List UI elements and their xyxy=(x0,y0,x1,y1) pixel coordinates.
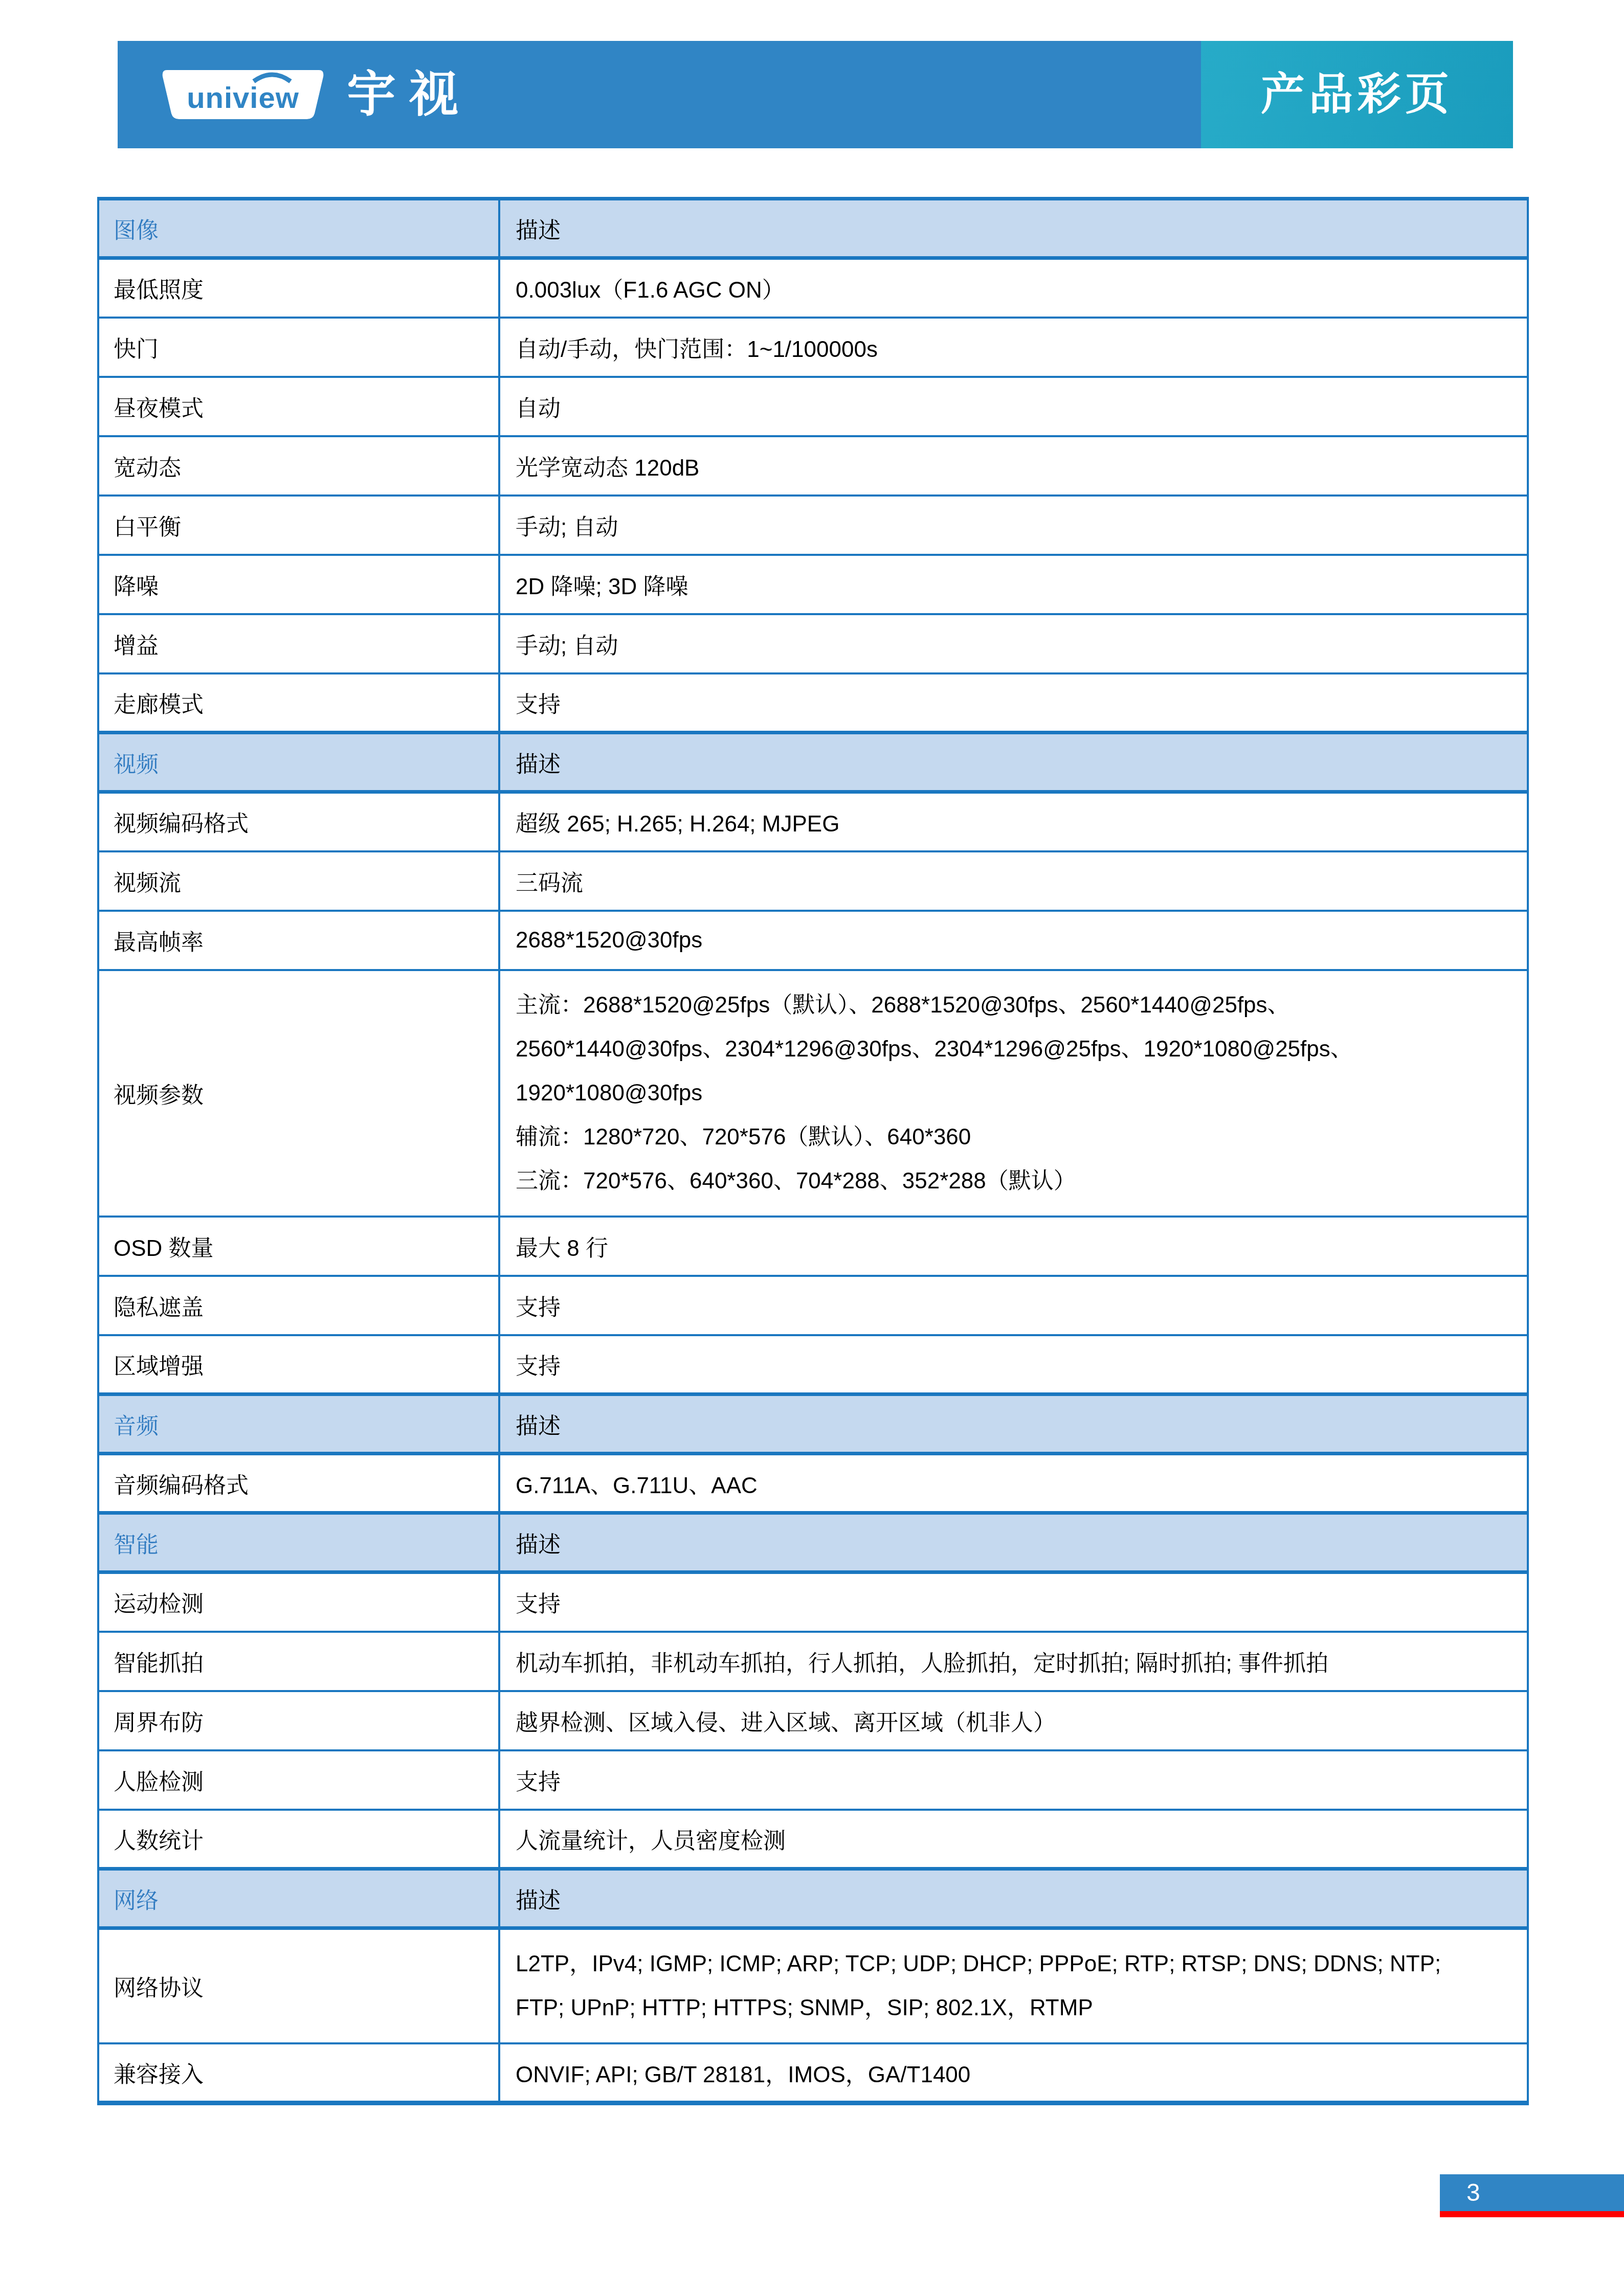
spec-label-cell: 人数统计 xyxy=(98,1810,499,1869)
spec-row: 音频编码格式G.711A、G.711U、AAC xyxy=(98,1454,1528,1513)
logo-wordmark: uniview xyxy=(187,81,299,115)
section-desc-cell: 描述 xyxy=(499,1513,1528,1572)
spec-row: 人脸检测支持 xyxy=(98,1750,1528,1810)
spec-label-cell: 人脸检测 xyxy=(98,1750,499,1810)
spec-value-cell: 越界检测、区域入侵、进入区域、离开区域（机非人） xyxy=(499,1691,1528,1750)
spec-row: 宽动态光学宽动态 120dB xyxy=(98,436,1528,496)
spec-row: OSD 数量最大 8 行 xyxy=(98,1217,1528,1276)
section-header-row: 音频描述 xyxy=(98,1394,1528,1454)
spec-table-body: 图像描述最低照度0.003lux（F1.6 AGC ON）快门自动/手动，快门范… xyxy=(98,199,1528,2103)
spec-row: 兼容接入ONVIF; API; GB/T 28181，IMOS，GA/T1400 xyxy=(98,2043,1528,2103)
spec-label-cell: 网络协议 xyxy=(98,1928,499,2044)
banner-main-section: uniview 宇视 xyxy=(118,41,1201,148)
spec-label-cell: 视频编码格式 xyxy=(98,792,499,851)
spec-row: 白平衡手动; 自动 xyxy=(98,496,1528,555)
spec-label-cell: 白平衡 xyxy=(98,496,499,555)
spec-value-cell: 支持 xyxy=(499,1335,1528,1394)
logo-cn-text: 宇视 xyxy=(347,70,472,119)
spec-value-cell: L2TP，IPv4; IGMP; ICMP; ARP; TCP; UDP; DH… xyxy=(499,1928,1528,2044)
spec-value-cell: 自动/手动，快门范围：1~1/100000s xyxy=(499,318,1528,377)
spec-row: 最高帧率2688*1520@30fps xyxy=(98,911,1528,970)
value-line: 三流：720*576、640*360、704*288、352*288（默认） xyxy=(516,1159,1526,1203)
spec-value-cell: 三码流 xyxy=(499,851,1528,911)
spec-value-cell: 2688*1520@30fps xyxy=(499,911,1528,970)
page-number-badge: 3 xyxy=(1440,2174,1624,2211)
spec-label-cell: 宽动态 xyxy=(98,436,499,496)
spec-value-cell: 手动; 自动 xyxy=(499,614,1528,673)
section-desc-cell: 描述 xyxy=(499,733,1528,792)
spec-label-cell: 增益 xyxy=(98,614,499,673)
page-badge-underline xyxy=(1440,2211,1624,2217)
section-title-cell: 网络 xyxy=(98,1869,499,1928)
spec-label-cell: 降噪 xyxy=(98,555,499,614)
value-line: 2560*1440@30fps、2304*1296@30fps、2304*129… xyxy=(516,1027,1526,1071)
spec-table: 图像描述最低照度0.003lux（F1.6 AGC ON）快门自动/手动，快门范… xyxy=(97,197,1529,2105)
spec-row: 视频编码格式超级 265; H.265; H.264; MJPEG xyxy=(98,792,1528,851)
spec-value-cell: G.711A、G.711U、AAC xyxy=(499,1454,1528,1513)
value-line: 辅流：1280*720、720*576（默认）、640*360 xyxy=(516,1115,1526,1159)
spec-value-cell: 2D 降噪; 3D 降噪 xyxy=(499,555,1528,614)
spec-value-cell: 人流量统计，人员密度检测 xyxy=(499,1810,1528,1869)
spec-value-cell: 支持 xyxy=(499,1276,1528,1335)
section-header-row: 网络描述 xyxy=(98,1869,1528,1928)
spec-label-cell: 隐私遮盖 xyxy=(98,1276,499,1335)
top-banner: uniview 宇视 产品彩页 xyxy=(118,41,1513,148)
spec-label-cell: 区域增强 xyxy=(98,1335,499,1394)
spec-label-cell: 走廊模式 xyxy=(98,673,499,733)
spec-row: 走廊模式支持 xyxy=(98,673,1528,733)
page-number: 3 xyxy=(1466,2179,1480,2207)
spec-value-cell: 支持 xyxy=(499,1572,1528,1632)
spec-value-cell: 支持 xyxy=(499,1750,1528,1810)
spec-row: 区域增强支持 xyxy=(98,1335,1528,1394)
spec-row: 网络协议L2TP，IPv4; IGMP; ICMP; ARP; TCP; UDP… xyxy=(98,1928,1528,2044)
spec-value-cell: 主流：2688*1520@25fps（默认）、2688*1520@30fps、2… xyxy=(499,970,1528,1217)
spec-row: 人数统计人流量统计，人员密度检测 xyxy=(98,1810,1528,1869)
spec-value-cell: 光学宽动态 120dB xyxy=(499,436,1528,496)
value-line: 1920*1080@30fps xyxy=(516,1071,1526,1115)
spec-label-cell: 周界布防 xyxy=(98,1691,499,1750)
section-title-cell: 音频 xyxy=(98,1394,499,1454)
spec-row: 隐私遮盖支持 xyxy=(98,1276,1528,1335)
spec-row: 增益手动; 自动 xyxy=(98,614,1528,673)
value-line: FTP; UPnP; HTTP; HTTPS; SNMP，SIP; 802.1X… xyxy=(516,1986,1526,2030)
section-header-row: 视频描述 xyxy=(98,733,1528,792)
section-desc-cell: 描述 xyxy=(499,1869,1528,1928)
spec-row: 降噪2D 降噪; 3D 降噪 xyxy=(98,555,1528,614)
section-desc-cell: 描述 xyxy=(499,199,1528,258)
spec-row: 智能抓拍机动车抓拍，非机动车抓拍，行人抓拍，人脸抓拍，定时抓拍; 隔时抓拍; 事… xyxy=(98,1632,1528,1691)
value-line: L2TP，IPv4; IGMP; ICMP; ARP; TCP; UDP; DH… xyxy=(516,1942,1526,1986)
spec-row: 视频参数主流：2688*1520@25fps（默认）、2688*1520@30f… xyxy=(98,970,1528,1217)
value-line: 主流：2688*1520@25fps（默认）、2688*1520@30fps、2… xyxy=(516,983,1526,1027)
banner-title: 产品彩页 xyxy=(1261,73,1453,117)
banner-right-section: 产品彩页 xyxy=(1201,41,1513,148)
spec-value-cell: 手动; 自动 xyxy=(499,496,1528,555)
spec-label-cell: 兼容接入 xyxy=(98,2043,499,2103)
section-header-row: 图像描述 xyxy=(98,199,1528,258)
section-title-cell: 智能 xyxy=(98,1513,499,1572)
spec-label-cell: OSD 数量 xyxy=(98,1217,499,1276)
spec-label-cell: 昼夜模式 xyxy=(98,377,499,436)
spec-row: 运动检测支持 xyxy=(98,1572,1528,1632)
spec-row: 视频流三码流 xyxy=(98,851,1528,911)
spec-value-cell: 支持 xyxy=(499,673,1528,733)
spec-row: 昼夜模式自动 xyxy=(98,377,1528,436)
spec-value-cell: ONVIF; API; GB/T 28181，IMOS，GA/T1400 xyxy=(499,2043,1528,2103)
section-header-row: 智能描述 xyxy=(98,1513,1528,1572)
spec-row: 周界布防越界检测、区域入侵、进入区域、离开区域（机非人） xyxy=(98,1691,1528,1750)
spec-value-cell: 0.003lux（F1.6 AGC ON） xyxy=(499,258,1528,318)
spec-label-cell: 最高帧率 xyxy=(98,911,499,970)
spec-value-cell: 自动 xyxy=(499,377,1528,436)
product-datasheet-page: { "header": { "logo_wordmark": "uniview"… xyxy=(0,0,1624,2296)
spec-label-cell: 智能抓拍 xyxy=(98,1632,499,1691)
spec-label-cell: 快门 xyxy=(98,318,499,377)
spec-label-cell: 最低照度 xyxy=(98,258,499,318)
spec-value-cell: 超级 265; H.265; H.264; MJPEG xyxy=(499,792,1528,851)
uniview-logo: uniview xyxy=(159,66,327,123)
spec-label-cell: 运动检测 xyxy=(98,1572,499,1632)
spec-value-cell: 机动车抓拍，非机动车抓拍，行人抓拍，人脸抓拍，定时抓拍; 隔时抓拍; 事件抓拍 xyxy=(499,1632,1528,1691)
spec-value-cell: 最大 8 行 xyxy=(499,1217,1528,1276)
spec-row: 最低照度0.003lux（F1.6 AGC ON） xyxy=(98,258,1528,318)
spec-label-cell: 音频编码格式 xyxy=(98,1454,499,1513)
section-title-cell: 视频 xyxy=(98,733,499,792)
spec-label-cell: 视频参数 xyxy=(98,970,499,1217)
section-desc-cell: 描述 xyxy=(499,1394,1528,1454)
section-title-cell: 图像 xyxy=(98,199,499,258)
spec-row: 快门自动/手动，快门范围：1~1/100000s xyxy=(98,318,1528,377)
spec-label-cell: 视频流 xyxy=(98,851,499,911)
